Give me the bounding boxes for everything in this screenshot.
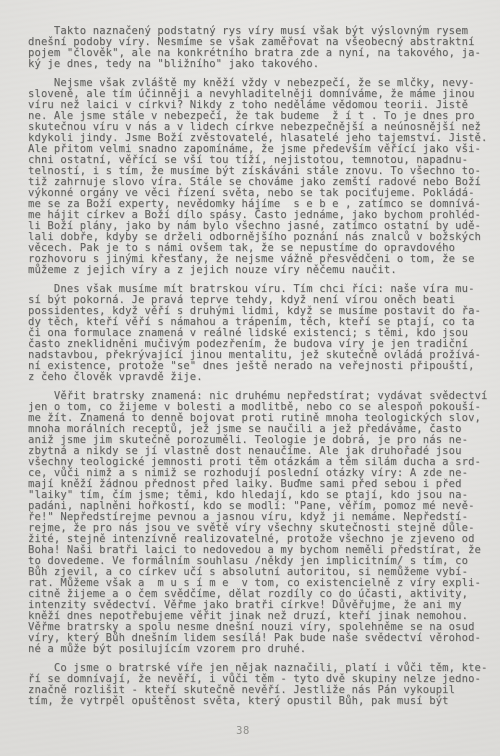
paragraph-1: Takto naznačený podstatný rys víry musí … [28,26,500,70]
paragraph-2: Nejsme však zvláště my kněží vždy v nebe… [28,78,500,276]
paragraph-4: Věřit bratrsky znamená: nic druhému nepř… [28,391,500,655]
paragraph-5: Co jsme o bratrské víře jen nějak naznač… [28,663,500,707]
page-text-block: Takto naznačený podstatný rys víry musí … [28,26,500,715]
paragraph-3: Dnes však musíme mít bratrskou víru. Tím… [28,284,500,383]
scanned-page: Takto naznačený podstatný rys víry musí … [0,0,500,756]
page-number: 38 [0,725,486,737]
